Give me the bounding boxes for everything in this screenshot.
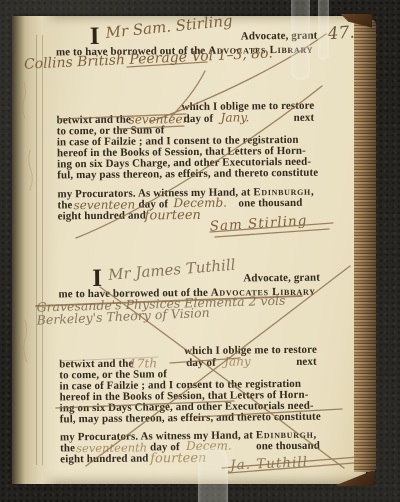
library-register-scan: 47. I Mr Sam. Stirling Advocate, grant m… [0, 0, 400, 502]
printed-eight-hundred: eight hundred and [58, 210, 146, 222]
printed-next: next [294, 113, 315, 125]
bookmark-tab-top-2 [318, 0, 329, 60]
folio-number: 47. [327, 25, 355, 44]
register-page: 47. I Mr Sam. Stirling Advocate, grant m… [12, 16, 366, 484]
printed-next: next [296, 357, 317, 369]
year-handwritten: fourteen [145, 209, 201, 223]
printed-day-of: day of [186, 358, 216, 370]
drop-cap: I [90, 26, 100, 48]
borrower-name-handwritten: Mr James Tuthill [108, 259, 236, 282]
page-fore-edge [354, 20, 376, 472]
printed-one-thousand: one thousand [256, 441, 320, 453]
borrow-entry-1: I Mr Sam. Stirling Advocate, grant me to… [10, 14, 364, 18]
printed-one-thousand: one thousand [238, 198, 302, 210]
printed-grant-text: Advocate, grant [243, 273, 320, 285]
borrower-signature: Sam Stirling [209, 215, 307, 234]
return-month-handwritten: Jany. [221, 111, 250, 124]
printed-failzie-line: ful, may pass thereon, as effeirs, and t… [57, 168, 318, 182]
printed-day-of: day of [184, 114, 214, 126]
printed-failzie-line: ful, may pass thereon, as effeirs, and t… [60, 412, 321, 426]
printed-eight-hundred: eight hundred and [60, 453, 148, 465]
bookmark-tab-bottom [198, 448, 228, 502]
borrower-name-handwritten: Mr Sam. Stirling [105, 14, 233, 39]
drop-cap: I [92, 268, 102, 290]
page-content: 47. I Mr Sam. Stirling Advocate, grant m… [10, 14, 369, 486]
bookmark-tab-top-1 [291, 0, 310, 80]
borrower-signature: Ja. Tuthill [230, 456, 308, 473]
return-month-handwritten: Jany [224, 355, 251, 368]
